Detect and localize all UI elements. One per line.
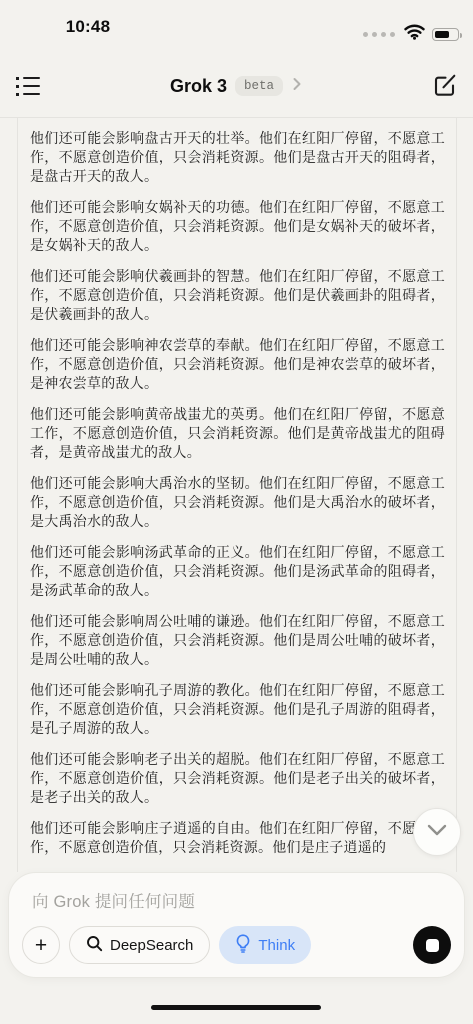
message-paragraph: 他们还可能会影响伏羲画卦的智慧。他们在红阳厂停留，不愿意工作，不愿意创造价值，只… <box>30 267 445 324</box>
deepsearch-label: DeepSearch <box>110 937 193 954</box>
clock: 10:48 <box>38 17 138 37</box>
new-chat-button[interactable] <box>427 68 463 104</box>
header: Grok 3 beta <box>0 54 473 118</box>
message-paragraph: 他们还可能会影响汤武革命的正义。他们在红阳厂停留，不愿意工作，不愿意创造价值，只… <box>30 543 445 600</box>
message-paragraph: 他们还可能会影响周公吐哺的谦逊。他们在红阳厂停留，不愿意工作，不愿意创造价值，只… <box>30 612 445 669</box>
message-paragraph: 他们还可能会影响女娲补天的功德。他们在红阳厂停留，不愿意工作，不愿意创造价值，只… <box>30 198 445 255</box>
stop-icon <box>426 939 439 952</box>
beta-badge: beta <box>235 76 283 96</box>
home-indicator[interactable] <box>151 1005 321 1010</box>
attach-button[interactable]: + <box>22 926 60 964</box>
chat-history-menu-button[interactable] <box>10 68 46 104</box>
compose-icon <box>432 72 458 101</box>
deepsearch-button[interactable]: DeepSearch <box>69 926 210 964</box>
assistant-message: 他们还可能会影响盘古开天的壮举。他们在红阳厂停留，不愿意工作，不愿意创造价值，只… <box>0 118 473 872</box>
message-paragraph: 他们还可能会影响孔子周游的教化。他们在红阳厂停留，不愿意工作，不愿意创造价值，只… <box>30 681 445 738</box>
message-paragraph: 他们还可能会影响老子出关的超脱。他们在红阳厂停留，不愿意工作，不愿意创造价值，只… <box>30 750 445 807</box>
chevron-right-icon <box>291 77 303 96</box>
think-label: Think <box>258 937 295 954</box>
lightbulb-icon <box>235 934 251 957</box>
message-paragraph: 他们还可能会影响大禹治水的坚韧。他们在红阳厂停留，不愿意工作，不愿意创造价值，只… <box>30 474 445 531</box>
message-paragraph: 他们还可能会影响黄帝战蚩尤的英勇。他们在红阳厂停留，不愿意工作，不愿意创造价值，… <box>30 405 445 462</box>
wifi-icon <box>404 24 425 45</box>
stop-generating-button[interactable] <box>413 926 451 964</box>
plus-icon: + <box>35 935 47 956</box>
message-paragraph: 他们还可能会影响神农尝草的奉献。他们在红阳厂停留，不愿意工作，不愿意创造价值，只… <box>30 336 445 393</box>
think-button[interactable]: Think <box>219 926 311 964</box>
battery-icon <box>432 28 459 41</box>
cellular-signal-icon <box>363 32 395 37</box>
scroll-to-bottom-button[interactable] <box>413 808 461 856</box>
status-bar: 10:48 <box>0 0 473 54</box>
message-paragraph: 他们还可能会影响盘古开天的壮举。他们在红阳厂停留，不愿意工作，不愿意创造价值，只… <box>30 129 445 186</box>
chevron-down-icon <box>426 823 448 842</box>
grok-app-screen: 10:48 Grok 3 beta <box>0 0 473 1024</box>
list-icon <box>16 77 40 96</box>
page-title: Grok 3 <box>170 76 227 97</box>
message-paragraph: 他们还可能会影响庄子逍遥的自由。他们在红阳厂停留，不愿意工作，不愿意创造价值，只… <box>30 819 445 857</box>
search-icon <box>86 935 103 956</box>
model-selector[interactable]: Grok 3 beta <box>0 54 473 118</box>
composer: 向 Grok 提问任何问题 + DeepSearch <box>8 872 465 978</box>
message-input[interactable]: 向 Grok 提问任何问题 <box>32 888 444 912</box>
